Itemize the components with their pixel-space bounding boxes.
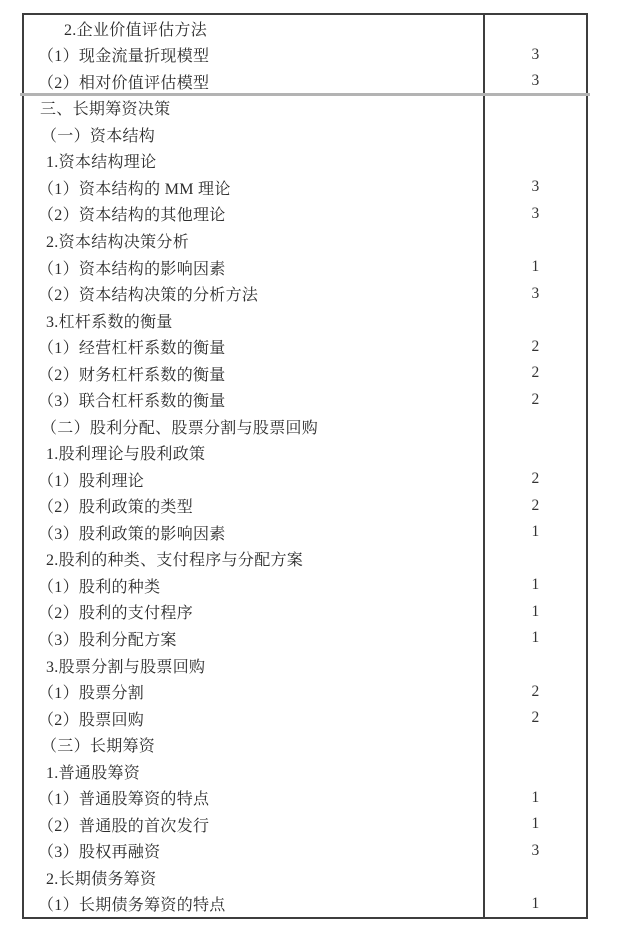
topic-cell: 三、长期筹资决策 xyxy=(24,95,483,122)
topic-cell: （3）股利政策的影响因素 xyxy=(24,519,483,546)
score-cell: 2 xyxy=(483,333,586,360)
table-row: 2.企业价值评估方法 xyxy=(24,15,586,42)
score-cell xyxy=(483,758,586,785)
score-cell xyxy=(483,546,586,573)
score-cell: 1 xyxy=(483,891,586,918)
topic-cell: 3.股票分割与股票回购 xyxy=(24,652,483,679)
table-row: （2）股利政策的类型 2 xyxy=(24,493,586,520)
topic-cell: 1.普通股筹资 xyxy=(24,758,483,785)
score-cell: 1 xyxy=(483,784,586,811)
document-page: 2.企业价值评估方法 （1）现金流量折现模型 3 （2）相对价值评估模型 3 三… xyxy=(0,0,623,937)
score-cell xyxy=(483,148,586,175)
table-row: （2）股票回购 2 xyxy=(24,705,586,732)
table-row: （三）长期筹资 xyxy=(24,731,586,758)
score-cell: 1 xyxy=(483,572,586,599)
topic-cell: 1.股利理论与股利政策 xyxy=(24,440,483,467)
topic-cell: （2）股利政策的类型 xyxy=(24,493,483,520)
table-row: （1）普通股筹资的特点 1 xyxy=(24,784,586,811)
score-cell xyxy=(483,440,586,467)
topic-cell: （1）股利理论 xyxy=(24,466,483,493)
topic-cell: （一）资本结构 xyxy=(24,121,483,148)
table-row: （1）资本结构的影响因素 1 xyxy=(24,254,586,281)
table-row: （3）股权再融资 3 xyxy=(24,837,586,864)
score-cell: 2 xyxy=(483,493,586,520)
topic-cell: （2）资本结构的其他理论 xyxy=(24,201,483,228)
score-cell xyxy=(483,864,586,891)
topic-cell: （1）现金流量折现模型 xyxy=(24,42,483,69)
table-row: 2.股利的种类、支付程序与分配方案 xyxy=(24,546,586,573)
table-row: （一）资本结构 xyxy=(24,121,586,148)
score-cell xyxy=(483,95,586,122)
score-cell xyxy=(483,652,586,679)
table-row: （2）相对价值评估模型 3 xyxy=(24,68,586,95)
topic-cell: （1）经营杠杆系数的衡量 xyxy=(24,333,483,360)
score-cell xyxy=(483,413,586,440)
table-row: （1）股利的种类 1 xyxy=(24,572,586,599)
topic-cell: （三）长期筹资 xyxy=(24,731,483,758)
score-cell: 3 xyxy=(483,837,586,864)
topic-cell: （1）普通股筹资的特点 xyxy=(24,784,483,811)
topic-cell: （二）股利分配、股票分割与股票回购 xyxy=(24,413,483,440)
topic-cell: （2）股利的支付程序 xyxy=(24,599,483,626)
score-cell: 2 xyxy=(483,678,586,705)
table-row: （2）财务杠杆系数的衡量 2 xyxy=(24,360,586,387)
table-row: 三、长期筹资决策 xyxy=(24,95,586,122)
score-cell: 3 xyxy=(483,174,586,201)
table-row: （3）股利分配方案 1 xyxy=(24,625,586,652)
score-cell: 2 xyxy=(483,705,586,732)
table-row: 3.股票分割与股票回购 xyxy=(24,652,586,679)
table-row: 2.长期债务筹资 xyxy=(24,864,586,891)
table-row: （1）股利理论 2 xyxy=(24,466,586,493)
score-cell: 1 xyxy=(483,254,586,281)
table-row: 2.资本结构决策分析 xyxy=(24,227,586,254)
score-cell: 1 xyxy=(483,625,586,652)
syllabus-table: 2.企业价值评估方法 （1）现金流量折现模型 3 （2）相对价值评估模型 3 三… xyxy=(22,13,588,919)
score-cell: 3 xyxy=(483,201,586,228)
topic-cell: （1）资本结构的 MM 理论 xyxy=(24,174,483,201)
score-cell: 2 xyxy=(483,386,586,413)
topic-cell: （2）普通股的首次发行 xyxy=(24,811,483,838)
table-row: 1.普通股筹资 xyxy=(24,758,586,785)
topic-cell: （1）长期债务筹资的特点 xyxy=(24,891,483,918)
table-row: （二）股利分配、股票分割与股票回购 xyxy=(24,413,586,440)
topic-cell: （3）联合杠杆系数的衡量 xyxy=(24,386,483,413)
table-row: （1）经营杠杆系数的衡量 2 xyxy=(24,333,586,360)
topic-cell: 2.资本结构决策分析 xyxy=(24,227,483,254)
score-cell: 1 xyxy=(483,811,586,838)
score-cell xyxy=(483,307,586,334)
topic-cell: 1.资本结构理论 xyxy=(24,148,483,175)
score-cell xyxy=(483,121,586,148)
topic-cell: 2.企业价值评估方法 xyxy=(24,15,483,42)
topic-cell: 3.杠杆系数的衡量 xyxy=(24,307,483,334)
table-row: 1.资本结构理论 xyxy=(24,148,586,175)
table-row: （1）长期债务筹资的特点 1 xyxy=(24,891,586,918)
table-row: （1）资本结构的 MM 理论 3 xyxy=(24,174,586,201)
table-row: （3）联合杠杆系数的衡量 2 xyxy=(24,386,586,413)
topic-cell: （3）股权再融资 xyxy=(24,837,483,864)
score-cell: 3 xyxy=(483,68,586,95)
table-row: （1）股票分割 2 xyxy=(24,678,586,705)
table-row: （2）普通股的首次发行 1 xyxy=(24,811,586,838)
score-cell xyxy=(483,15,586,42)
topic-cell: （1）股利的种类 xyxy=(24,572,483,599)
topic-cell: （2）财务杠杆系数的衡量 xyxy=(24,360,483,387)
topic-cell: （2）相对价值评估模型 xyxy=(24,68,483,95)
score-cell xyxy=(483,227,586,254)
score-cell: 2 xyxy=(483,466,586,493)
topic-cell: （1）股票分割 xyxy=(24,678,483,705)
table-row: （2）资本结构决策的分析方法 3 xyxy=(24,280,586,307)
table-row: 1.股利理论与股利政策 xyxy=(24,440,586,467)
table-row: （1）现金流量折现模型 3 xyxy=(24,42,586,69)
topic-cell: 2.股利的种类、支付程序与分配方案 xyxy=(24,546,483,573)
topic-cell: （2）股票回购 xyxy=(24,705,483,732)
table-row: 3.杠杆系数的衡量 xyxy=(24,307,586,334)
table-row: （2）资本结构的其他理论 3 xyxy=(24,201,586,228)
score-cell: 3 xyxy=(483,280,586,307)
score-cell: 1 xyxy=(483,599,586,626)
table-row: （2）股利的支付程序 1 xyxy=(24,599,586,626)
score-cell: 1 xyxy=(483,519,586,546)
topic-cell: （1）资本结构的影响因素 xyxy=(24,254,483,281)
topic-cell: （2）资本结构决策的分析方法 xyxy=(24,280,483,307)
score-cell: 3 xyxy=(483,42,586,69)
score-cell: 2 xyxy=(483,360,586,387)
table-row: （3）股利政策的影响因素 1 xyxy=(24,519,586,546)
topic-cell: （3）股利分配方案 xyxy=(24,625,483,652)
topic-cell: 2.长期债务筹资 xyxy=(24,864,483,891)
score-cell xyxy=(483,731,586,758)
